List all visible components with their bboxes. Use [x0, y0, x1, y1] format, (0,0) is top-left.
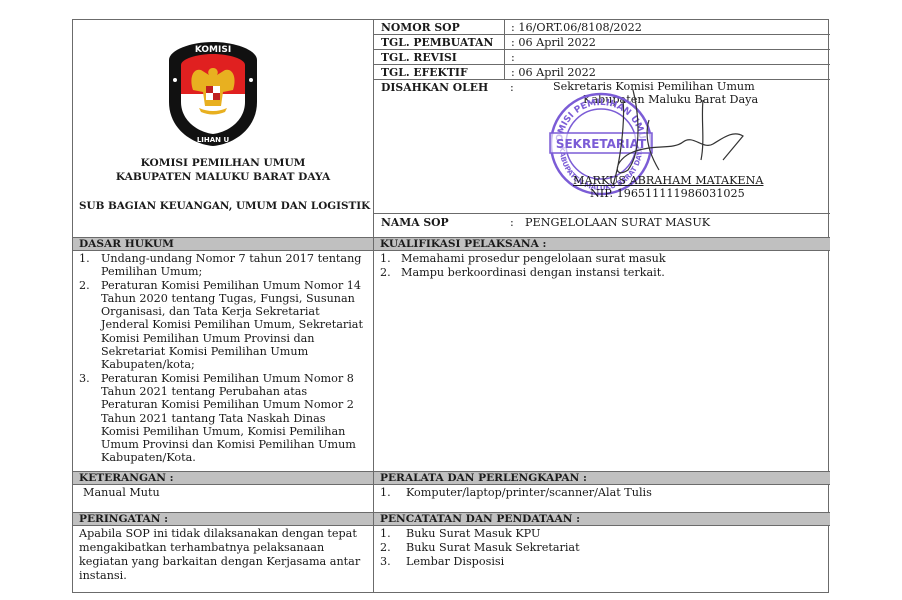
item-text: Organisasi, dan Tata Kerja Sekretariat [101, 305, 320, 318]
sop-document: KOMISI LIHAN U KOMISI PEMILHAN UMUM KABU… [72, 19, 829, 593]
item-text: Umum Provinsi dan Komisi Pemilihan Umum [101, 438, 356, 451]
item-text: Sekretariat Komisi Pemilihan Umum [101, 345, 308, 358]
item-number: 2. [79, 279, 90, 292]
item-number: 2. [380, 541, 391, 554]
item-text: Tahun 2021 tentang Perubahan atas [101, 385, 307, 398]
item-text: Buku Surat Masuk Sekretariat [406, 541, 580, 554]
item-text: Mampu berkoordinasi dengan instansi terk… [401, 266, 665, 279]
meta-value: : 16/ORT.06/8108/2022 [511, 21, 642, 34]
meta-value: : 06 April 2022 [511, 36, 596, 49]
meta-row-pembuatan: TGL. PEMBUATAN : 06 April 2022 [374, 35, 830, 49]
item-text: Tahun 2021 tantang Tata Naskah Dinas [101, 412, 325, 425]
item-text: Buku Surat Masuk KPU [406, 527, 540, 540]
org-name-line1: KOMISI PEMILHAN UMUM [73, 156, 373, 170]
meta-row-efektif: TGL. EFEKTIF : 06 April 2022 [374, 65, 830, 79]
section-header-peralatan: PERALATA DAN PERLENGKAPAN : [374, 471, 830, 485]
item-text: Lembar Disposisi [406, 555, 504, 568]
item-number: 1. [79, 252, 90, 265]
approver-nip: NIP. 196511111986031025 [590, 187, 745, 200]
sub-division: SUB BAGIAN KEUANGAN, UMUM DAN LOGISTIK [79, 200, 370, 213]
item-text: Peraturan Komisi Pemilihan Umum Nomor 8 [101, 372, 354, 385]
section-header-kualifikasi: KUALIFIKASI PELAKSANA : [374, 237, 830, 251]
item-number: 2. [380, 266, 391, 279]
text-line: mengakibatkan terhambatnya pelaksanaan [79, 541, 324, 554]
meta-column-divider [504, 20, 505, 79]
text-line: kegiatan yang barkaitan dengan Kerjasama… [79, 555, 360, 568]
meta-row-revisi: TGL. REVISI : [374, 50, 830, 64]
keterangan-text: Manual Mutu [83, 486, 160, 499]
item-number: 1. [380, 486, 391, 499]
meta-value: : 06 April 2022 [511, 66, 596, 79]
item-text: Tahun 2020 tentang Tugas, Fungsi, Susuna… [101, 292, 355, 305]
meta-label: TGL. EFEKTIF [381, 66, 468, 79]
approver-name: MARKUS ABRAHAM MATAKENA [573, 174, 763, 187]
item-number: 1. [380, 252, 391, 265]
item-text: Komisi Pemilihan Umum Provinsi dan [101, 332, 315, 345]
meta-row-nomor: NOMOR SOP : 16/ORT.06/8108/2022 [374, 20, 830, 34]
meta-label: TGL. PEMBUATAN [381, 36, 493, 49]
meta-value: : [511, 51, 515, 64]
sop-name-colon: : [510, 216, 514, 229]
item-text: Jenderal Komisi Pemilihan Umum, Sekretar… [101, 318, 363, 331]
meta-label: NOMOR SOP [381, 21, 460, 34]
item-text: Kabupaten/kota; [101, 358, 195, 371]
item-text: Kabupaten/Kota. [101, 451, 196, 464]
section-header-dasar-hukum: DASAR HUKUM [73, 237, 373, 251]
item-text: Peraturan Komisi Pemilihan Umum Nomor 14 [101, 279, 361, 292]
item-text: Peraturan Komisi Pemilihan Umum Nomor 2 [101, 398, 354, 411]
meta-label: TGL. REVISI [381, 51, 457, 64]
text-line: Apabila SOP ini tidak dilaksanakan denga… [79, 527, 357, 540]
item-text: Komisi Pemilihan Umum, Komisi Pemilihan [101, 425, 345, 438]
item-text: Memahami prosedur pengelolaan surat masu… [401, 252, 666, 265]
approved-label: DISAHKAN OLEH [381, 81, 488, 94]
item-number: 1. [380, 527, 391, 540]
item-number: 3. [380, 555, 391, 568]
sop-name-label: NAMA SOP [381, 216, 449, 229]
sop-name-value: PENGELOLAAN SURAT MASUK [525, 216, 710, 229]
svg-text:KOMISI: KOMISI [195, 45, 231, 55]
approved-colon: : [510, 81, 514, 94]
item-text: Komputer/laptop/printer/scanner/Alat Tul… [406, 486, 652, 499]
org-name-line2: KABUPATEN MALUKU BARAT DAYA [73, 170, 373, 184]
item-text: Pemilihan Umum; [101, 265, 202, 278]
section-header-pencatatan: PENCATATAN DAN PENDATAAN : [374, 512, 830, 526]
divider [374, 213, 830, 214]
section-header-keterangan: KETERANGAN : [73, 471, 373, 485]
column-divider [373, 20, 374, 592]
kpu-garuda-emblem-icon: KOMISI LIHAN U [165, 40, 261, 148]
item-number: 3. [79, 372, 90, 385]
text-line: instansi. [79, 569, 127, 582]
item-text: Undang-undang Nomor 7 tahun 2017 tentang [101, 252, 361, 265]
svg-text:LIHAN U: LIHAN U [197, 136, 230, 144]
section-header-peringatan: PERINGATAN : [73, 512, 373, 526]
